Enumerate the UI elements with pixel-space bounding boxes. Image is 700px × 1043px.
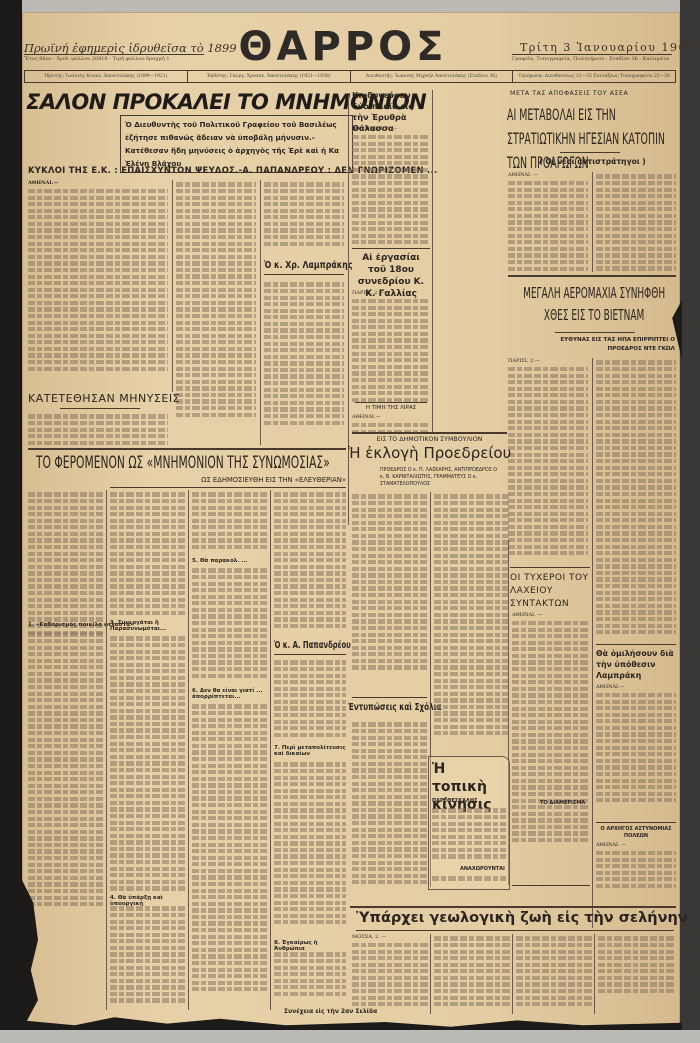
column-divider — [592, 172, 593, 272]
memo-column-4c — [274, 760, 346, 935]
lead-column-2 — [176, 180, 256, 450]
section-rule — [560, 152, 620, 153]
subhead-papandreou: Ὁ κ. Α. Παπανδρέου — [274, 640, 326, 651]
military-dateline: ΑΘΗΝΑΙ. — — [508, 172, 538, 178]
section-rule — [512, 885, 590, 886]
subhead-papandreou-box: Ὁ κ. Α. Παπανδρέου — [274, 640, 346, 655]
military-subtitle: ( Οἱ νέοι ἀντιστράτηγοι ) — [505, 157, 680, 166]
vietnam-dateline: ΠΑΡΙΣΙ, 2.— — [508, 358, 540, 364]
subhead-lambrakis-box: Ὁ κ. Χρ. Λαμπράκης — [264, 260, 344, 275]
subhead-lambrakis: Ὁ κ. Χρ. Λαμπράκης — [264, 260, 326, 271]
vietnam-subtitle: ΕΥΘΥΝΑΣ ΕΙΣ ΤΑΣ ΗΠΑ ΕΠΙΡΡΙΠΤΕΙ Ο ΠΡΟΕΔΡΟ… — [550, 336, 675, 354]
section-rule — [356, 930, 674, 931]
section-rule — [352, 248, 430, 249]
moon-column-2 — [434, 934, 510, 1014]
council-column-1 — [352, 492, 427, 672]
column-divider — [594, 934, 595, 1014]
column-divider — [270, 490, 271, 1010]
office-address: Γραφεῖα, Τυπογραφεῖα, Πωλητήριον : Σταδί… — [512, 56, 669, 62]
redsea-dateline: ΛΟΝΔΙΝΟΝ, 2. — — [352, 126, 397, 132]
gaullist-body: ΠΑΡΙΣΙ, 2. — — [352, 290, 430, 405]
section-rule — [350, 906, 676, 908]
column-divider — [432, 90, 433, 432]
memo-column-4b — [274, 658, 346, 743]
staff-director: Διευθυντής: Ἰωάννης Μιχαήλ Ἀποστολάκης (… — [351, 71, 514, 82]
military-column-1: ΑΘΗΝΑΙ. — — [508, 172, 588, 272]
police-dateline: ΑΘΗΝΑΙ. — — [596, 842, 626, 848]
memo-section-6: 6. Δεν θα είναι γιατί ... ἀπορρίπτεται..… — [192, 688, 267, 700]
lira-body: ΑΘΗΝΑΙ.— — [352, 414, 430, 432]
section-rule — [510, 567, 590, 568]
masthead-rule-left — [24, 54, 204, 55]
moon-column-3 — [516, 934, 592, 1014]
vietnam-headline: ΜΕΓΑΛΗ ΑΕΡΟΜΑΧΙΑ ΣΥΝΗΦΘΗ ΧΘΕΣ ΕΙΣ ΤΟ ΒΙΕ… — [510, 282, 678, 326]
memo-section-7: 7. Περὶ μεταπολίτευσις καὶ δικαίων — [274, 745, 346, 757]
staff-phones: Τηλέφωνα: Διευθύνσεως 21—55 Συντάξεως Τυ… — [513, 71, 675, 82]
lambrakis-dateline: ΑΘΗΝΑΙ.— — [596, 684, 625, 690]
section-rule — [596, 822, 676, 823]
council-comments-subhead: Ἐντυπώσεις καὶ Σχόλια — [348, 702, 441, 713]
moon-headline: Ὑπάρχει γεωλογικὴ ζωὴ εἰς τὴν σελήνην — [356, 910, 674, 926]
council-kicker: ΕΙΣ ΤΟ ΔΗΜΟΤΙΚΟΝ ΣΥΜΒΟΥΛΙΟΝ — [352, 436, 507, 443]
local-subhead-arrived: ΠΑΡΕΘΕΣΚΑΛΗΣ — [432, 798, 477, 804]
council-column-2 — [434, 492, 509, 742]
memo-column-2 — [110, 490, 185, 618]
moon-column-4 — [598, 934, 674, 1004]
moon-column-1: ΜΟΣΧΑ, 2. — — [352, 934, 428, 1014]
issue-info: Ἔτος 68ον - Ἀριθ. φύλλου 20816 - Τιμή φύ… — [24, 56, 170, 62]
column-divider — [188, 490, 189, 1010]
column-divider — [592, 358, 593, 928]
staff-bar: Ἱδρυτής: Ἰωάννης Κουκλ. Ἀποστολάκης (189… — [24, 70, 676, 83]
subhead-lawsuits: ΚΑΤΕΤΕΘΗΣΑΝ ΜΗΝΥΣΕΙΣ — [28, 392, 170, 405]
scan-border-left — [0, 0, 22, 1043]
military-column-2 — [596, 172, 676, 272]
council-headline: Ἡ ἐκλογὴ Προεδρείου — [348, 444, 508, 462]
lottery-subhead: ΤΟ ΔΙΑΜΕΡΙΣΜΑ — [540, 800, 585, 806]
memo-section-3: 3. Συνεργάται ἢ Παρασυνωμόται... — [110, 620, 185, 632]
lottery-dateline: ΑΘΗΝΑΙ. — — [512, 612, 542, 618]
moon-dateline: ΜΟΣΧΑ, 2. — — [352, 934, 386, 940]
lead-dateline: ΑΘΗΝΑΙ.— — [28, 180, 59, 186]
section-rule — [596, 644, 676, 645]
lottery-headline: ΟΙ ΤΥΧΕΡΟΙ ΤΟΥ ΛΑΧΕΙΟΥ ΣΥΝΤΑΚΤΩΝ — [510, 572, 592, 611]
local-body — [432, 806, 506, 864]
lottery-body: ΑΘΗΝΑΙ. — — [512, 612, 590, 842]
lead-column-3b — [264, 280, 344, 445]
memo-column-4d — [274, 950, 346, 1005]
memo-column-2b — [110, 634, 185, 894]
staff-publisher: Ἐκδότης: Γεώργ. Χρυσαν. Ἀποστολάκης (192… — [188, 71, 351, 82]
founded-line: Πρωϊνή ἐφημερὶς ἱδρυθεῖσα τὸ 1899 — [24, 41, 237, 55]
section-rule — [355, 402, 427, 403]
memo-column-3b — [192, 566, 267, 686]
section-rule — [508, 275, 676, 277]
column-divider — [106, 490, 107, 1010]
police-headline: Ο ΑΡΧΗΓΟΣ ΑΣΤΥΝΟΜΙΑΣ ΠΟΛΕΩΝ — [596, 826, 676, 840]
newspaper-title: ΘΑΡΡΟΣ — [228, 24, 458, 70]
military-kicker: ΜΕΤΑ ΤΑΣ ΑΠΟΦΑΣΕΙΣ ΤΟΥ ΑΣΕΑ — [510, 90, 628, 97]
issue-date: Τρίτη 3 Ἰανουαρίου 1967 — [520, 41, 695, 54]
memo-column-3 — [192, 490, 267, 555]
memo-column-1b — [28, 630, 103, 910]
lira-dateline: ΑΘΗΝΑΙ.— — [352, 414, 381, 420]
council-column-1b — [352, 720, 427, 890]
column-divider — [430, 934, 431, 1014]
section-rule — [555, 332, 635, 333]
subtitle-rule — [110, 487, 346, 488]
section-rule — [352, 432, 507, 434]
section-rule — [352, 697, 427, 698]
police-body: ΑΘΗΝΑΙ. — — [596, 842, 676, 888]
vietnam-column-1: ΠΑΡΙΣΙ, 2.— — [508, 358, 588, 558]
lawsuits-column — [28, 412, 168, 447]
scan-border-top — [0, 0, 700, 12]
memo-column-4 — [274, 490, 346, 637]
memorandum-headline: ΤΟ ΦΕΡΟΜΕΝΟΝ ΩΣ «ΜΝΗΜΟΝΙΟΝ ΤΗΣ ΣΥΝΩΜΟΣΙΑ… — [36, 453, 330, 473]
local-subhead-departing: ΑΝΑΧΩΡΟΥΝΤΑΙ — [460, 866, 505, 872]
memo-column-2c — [110, 904, 185, 1009]
lead-column-3 — [264, 180, 344, 260]
memorandum-subtitle: ΩΣ ΕΔΗΜΟΣΙΕΥΘΗ ΕΙΣ ΤΗΝ «ΕΛΕΥΘΕΡΙΑΝ» — [110, 476, 346, 484]
memo-section-5: 5. Θὰ παρακολ. ... — [192, 558, 267, 564]
column-divider — [512, 934, 513, 1014]
masthead-rule-right — [512, 54, 672, 55]
vietnam-column-2 — [596, 358, 676, 643]
section-rule — [28, 448, 346, 450]
column-divider — [260, 180, 261, 445]
lambrakis-body: ΑΘΗΝΑΙ.— — [596, 684, 676, 804]
lambrakis-headline: Θὰ ὁμιλήσουν διὰ τὴν ὑπόθεσιν Λαμπράκη — [596, 648, 676, 681]
column-divider — [172, 180, 173, 392]
scan-border-bottom — [0, 1030, 700, 1043]
lead-column-1: ΑΘΗΝΑΙ.— — [28, 180, 168, 388]
staff-founder: Ἱδρυτής: Ἰωάννης Κουκλ. Ἀποστολάκης (189… — [25, 71, 188, 82]
lira-headline: Η ΤΙΜΗ ΤΗΣ ΛΙΡΑΣ — [352, 405, 430, 411]
subhead-rule — [60, 408, 140, 409]
memo-column-3c — [192, 702, 267, 1009]
redsea-body: ΛΟΝΔΙΝΟΝ, 2. — — [352, 126, 430, 248]
local-body-2 — [432, 874, 506, 886]
council-deck: ΠΡΟΕΔΡΟΣ Ο κ. Π. ΛΑΣΚΑΡΗΣ, ΑΝΤΙΠΡΟΕΔΡΟΣ … — [380, 467, 502, 488]
gaullist-dateline: ΠΑΡΙΣΙ, 2. — — [352, 290, 385, 296]
